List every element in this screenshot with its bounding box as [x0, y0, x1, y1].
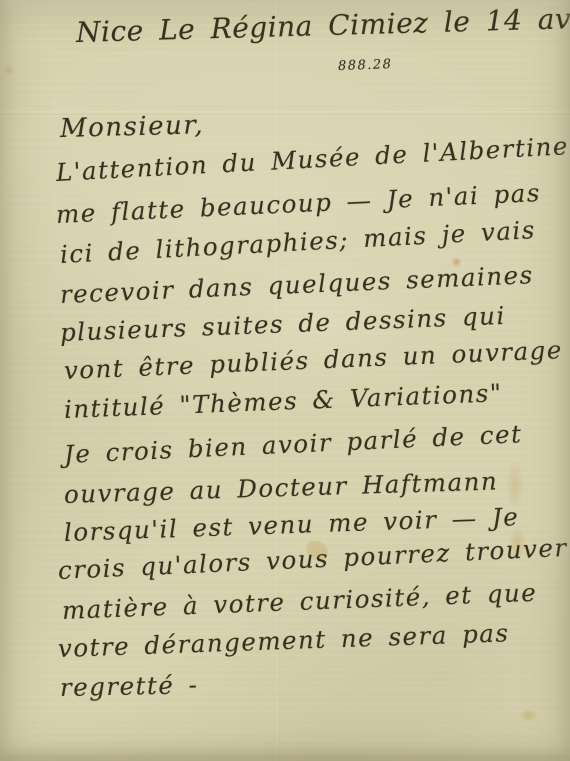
- letter-line: regretté -: [60, 670, 199, 702]
- paper-stain: [519, 709, 538, 722]
- catalog-number: 888.28: [338, 57, 393, 74]
- letter-page: Nice Le Régina Cimiez le 14 avril 43 888…: [0, 0, 570, 761]
- paper-stain: [2, 64, 16, 76]
- letter-salutation: Monsieur,: [60, 110, 205, 144]
